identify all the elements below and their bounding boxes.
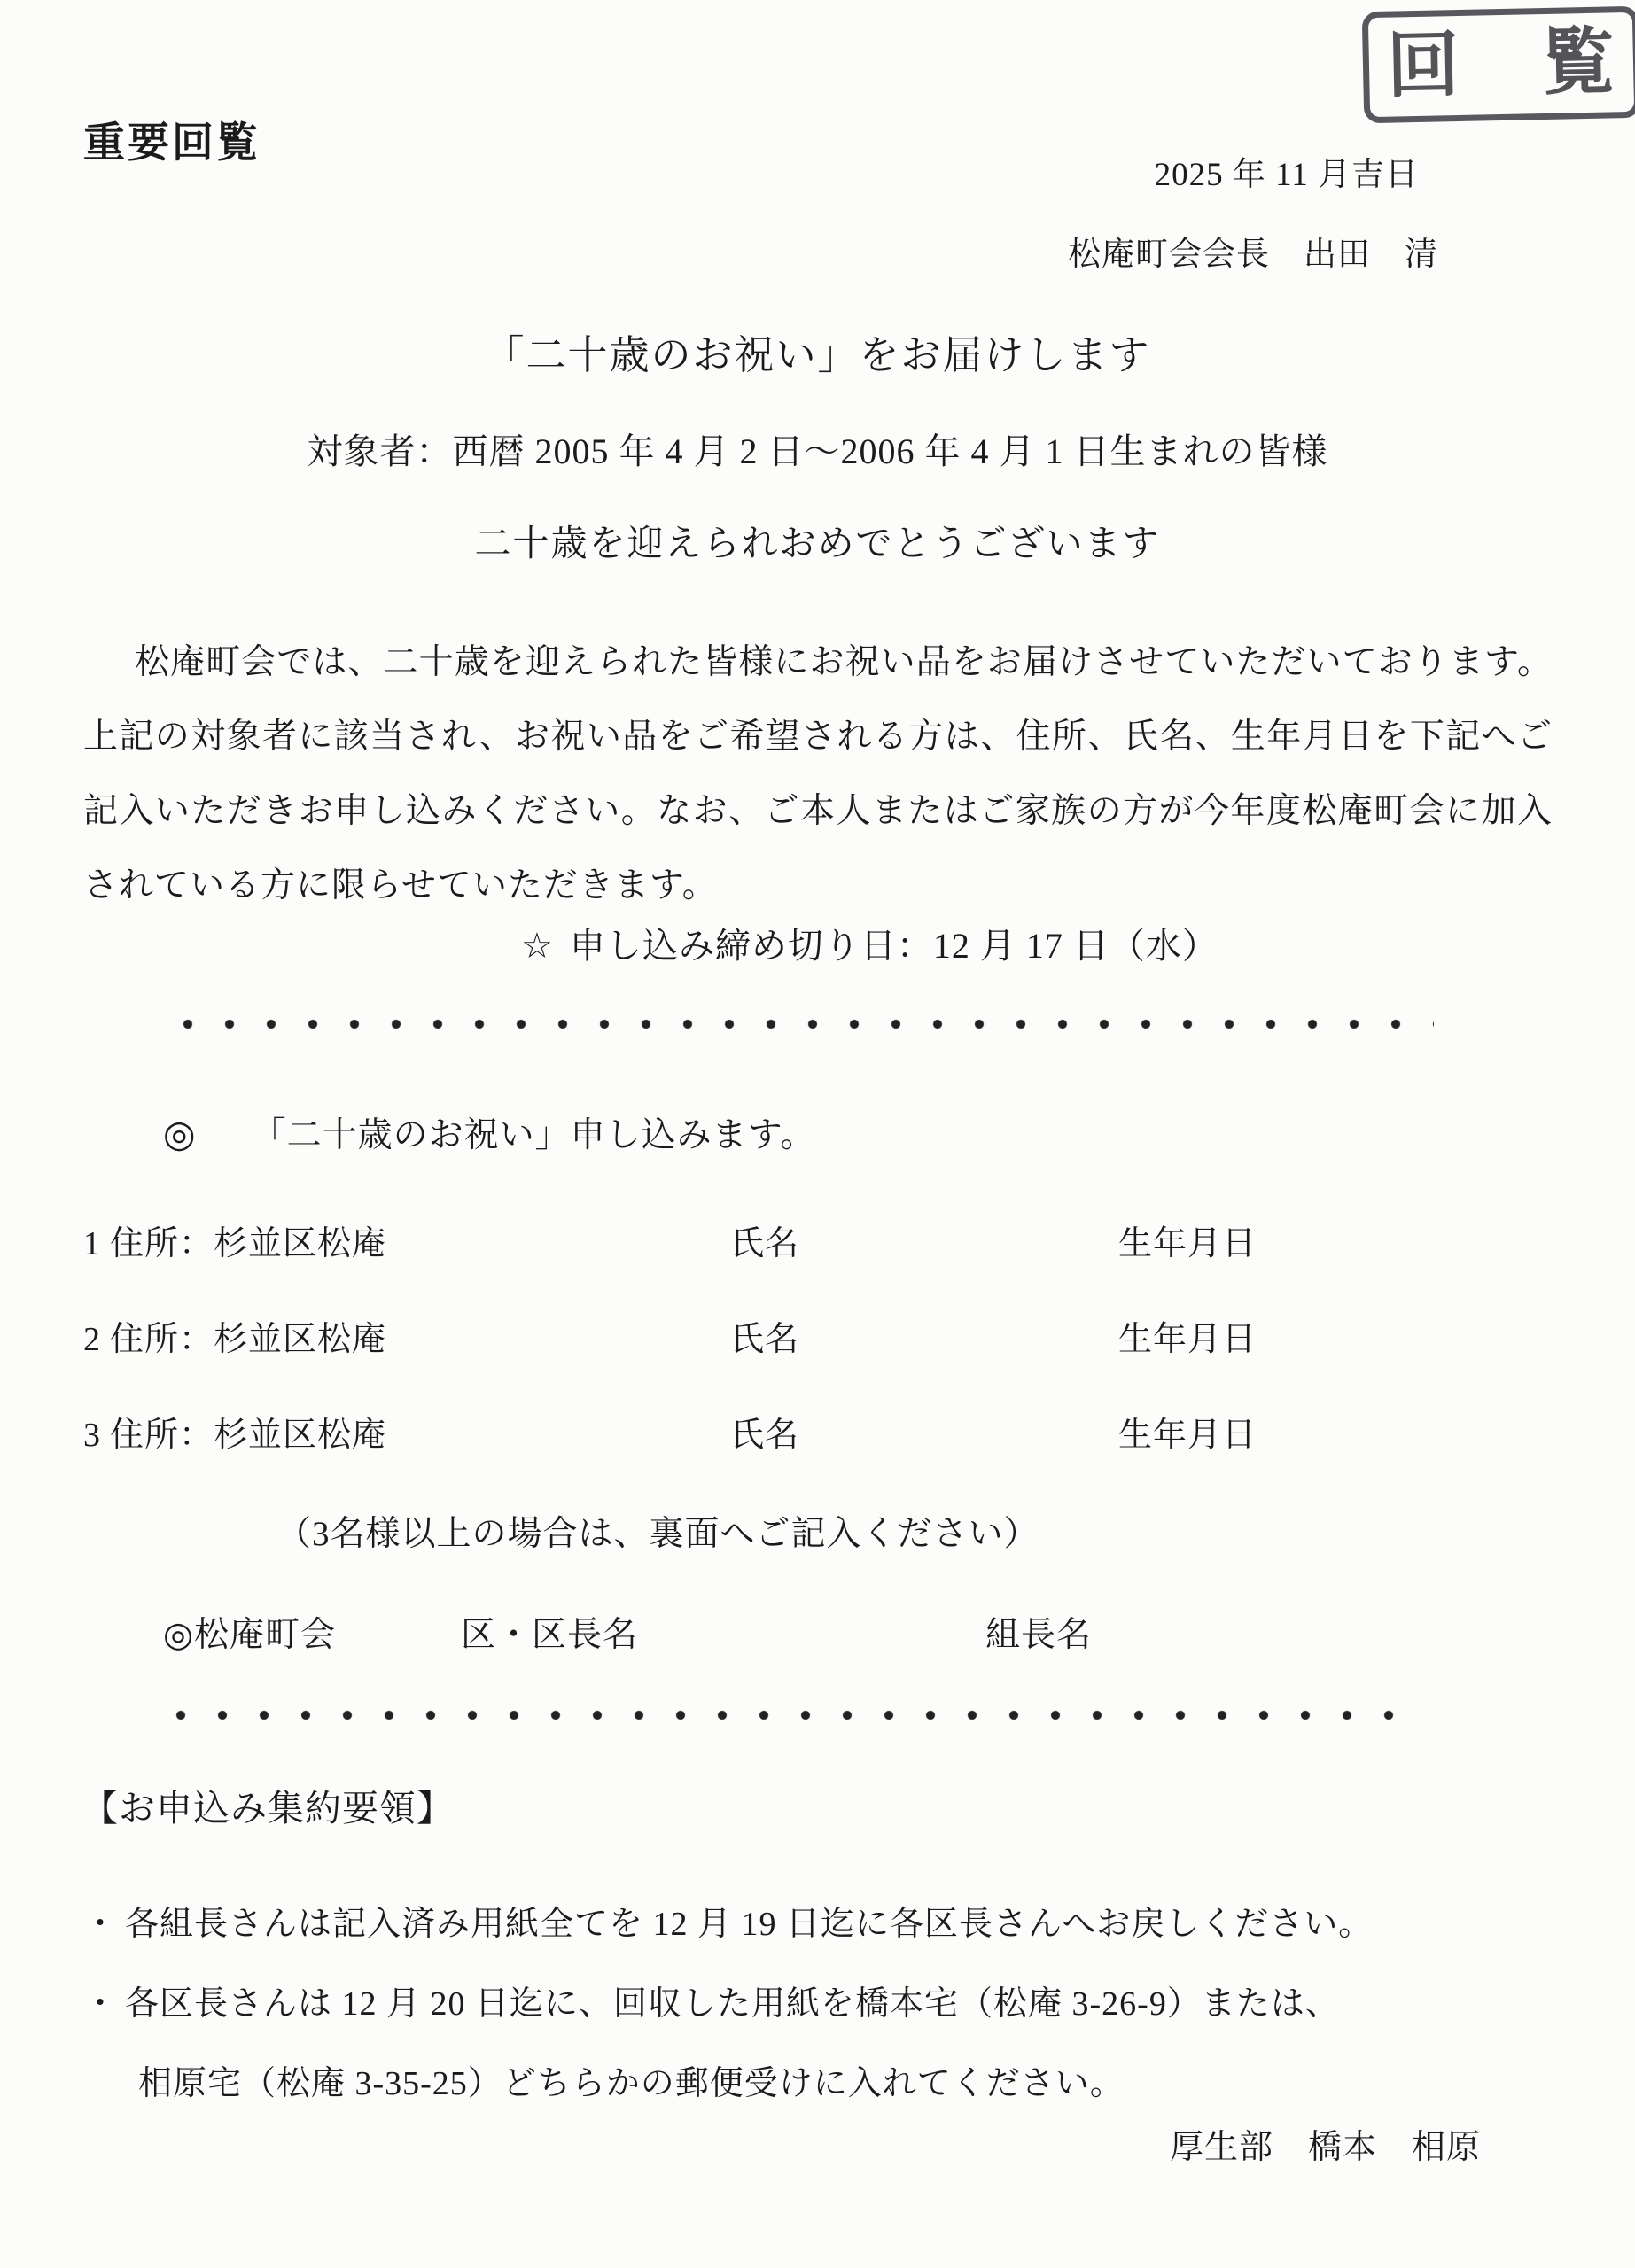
district-leader-label: 区・区長名 — [461, 1607, 638, 1657]
overflow-note: （3名様以上の場合は、裏面へご記入ください） — [276, 1506, 1039, 1556]
scanned-circular-page: 重要回覧 回 覧 2025 年 11 月吉日 松庵町会会長 出田 清 「二十歳の… — [0, 0, 1635, 2268]
bullet-text: 各区長さんは 12 月 20 日迄に、回収した用紙を橋本宅（松庵 3-26-9）… — [125, 1985, 1340, 2023]
applicant-row: 3住所：杉並区松庵 氏名 生年月日 — [83, 1407, 386, 1456]
name-label: 氏名 — [730, 1216, 799, 1264]
association-line: ◎松庵町会 区・区長名 組長名 — [163, 1607, 336, 1657]
row-number: 2 — [83, 1321, 101, 1358]
summary-bullet: ・各区長さんは 12 月 20 日迄に、回収した用紙を橋本宅（松庵 3-26-9… — [83, 1976, 1340, 2024]
body-line: されている方に限らせていただきます。 — [83, 858, 718, 907]
applicant-row: 2住所：杉並区松庵 氏名 生年月日 — [83, 1311, 386, 1360]
department-signature: 厚生部 橋本 相原 — [1170, 2119, 1481, 2168]
address-label: 住所：杉並区松庵 — [110, 1321, 386, 1358]
application-heading-text: 「二十歳のお祝い」申し込みます。 — [252, 1116, 816, 1154]
deadline-text: 申し込み締め切り日：12 月 17 日（水） — [570, 926, 1218, 966]
body-line: 松庵町会では、二十歳を迎えられた皆様にお祝い品をお届けさせていただいております。 — [135, 634, 1553, 684]
sender-line: 松庵町会会長 出田 清 — [1068, 227, 1438, 275]
double-circle-mark: ◎ — [163, 1115, 197, 1155]
name-label: 氏名 — [730, 1407, 799, 1456]
body-line: 記入いただきお申し込みください。なお、ご本人またはご家族の方が今年度松庵町会に加… — [83, 783, 1553, 833]
applicant-row: 1住所：杉並区松庵 氏名 生年月日 — [83, 1216, 386, 1264]
congratulations-line: 二十歳を迎えられおめでとうございます — [0, 514, 1635, 566]
stamp-char-ran: 覧 — [1541, 26, 1616, 100]
name-label: 氏名 — [730, 1311, 799, 1360]
deadline-line: ☆申し込み締め切り日：12 月 17 日（水） — [521, 918, 1218, 968]
birthdate-label: 生年月日 — [1118, 1216, 1257, 1264]
row-number: 3 — [83, 1417, 101, 1454]
summary-heading: 【お申込み集約要領】 — [82, 1779, 454, 1831]
stamp-char-kai: 回 — [1386, 29, 1461, 104]
body-line: 上記の対象者に該当され、お祝い品をご希望される方は、住所、氏名、生年月日を下記へ… — [83, 709, 1553, 758]
bullet-text: 相原宅（松庵 3-35-25）どちらかの郵便受けに入れてください。 — [138, 2065, 1125, 2102]
date-line: 2025 年 11 月吉日 — [1155, 147, 1419, 195]
address-label: 住所：杉並区松庵 — [110, 1417, 386, 1454]
dotted-separator — [183, 1019, 1434, 1029]
bullet-mark: ・ — [83, 1906, 118, 1943]
summary-bullet: ・各組長さんは記入済み用紙全てを 12 月 19 日迄に各区長さんへお戻しくださ… — [83, 1896, 1373, 1945]
kairan-stamp: 回 覧 — [1362, 6, 1635, 124]
bullet-mark: ・ — [83, 1985, 118, 2023]
bullet-text: 各組長さんは記入済み用紙全てを 12 月 19 日迄に各区長さんへお戻しください… — [125, 1906, 1373, 1943]
importance-header: 重要回覧 — [83, 110, 261, 169]
star-icon: ☆ — [521, 926, 554, 966]
birthdate-label: 生年月日 — [1118, 1311, 1257, 1360]
target-audience-line: 対象者：西暦 2005 年 4 月 2 日～2006 年 4 月 1 日生まれの… — [0, 423, 1635, 474]
double-circle-mark: ◎ — [163, 1616, 194, 1654]
group-leader-label: 組長名 — [985, 1607, 1092, 1657]
address-label: 住所：杉並区松庵 — [110, 1225, 386, 1262]
association-name: 松庵町会 — [194, 1616, 336, 1654]
birthdate-label: 生年月日 — [1118, 1407, 1257, 1456]
dotted-separator — [175, 1710, 1409, 1720]
application-heading: ◎「二十歳のお祝い」申し込みます。 — [163, 1107, 816, 1157]
row-number: 1 — [83, 1225, 101, 1262]
doc-title: 「二十歳のお祝い」をお届けします — [0, 322, 1635, 380]
summary-bullet-continuation: 相原宅（松庵 3-35-25）どちらかの郵便受けに入れてください。 — [131, 2055, 1125, 2104]
